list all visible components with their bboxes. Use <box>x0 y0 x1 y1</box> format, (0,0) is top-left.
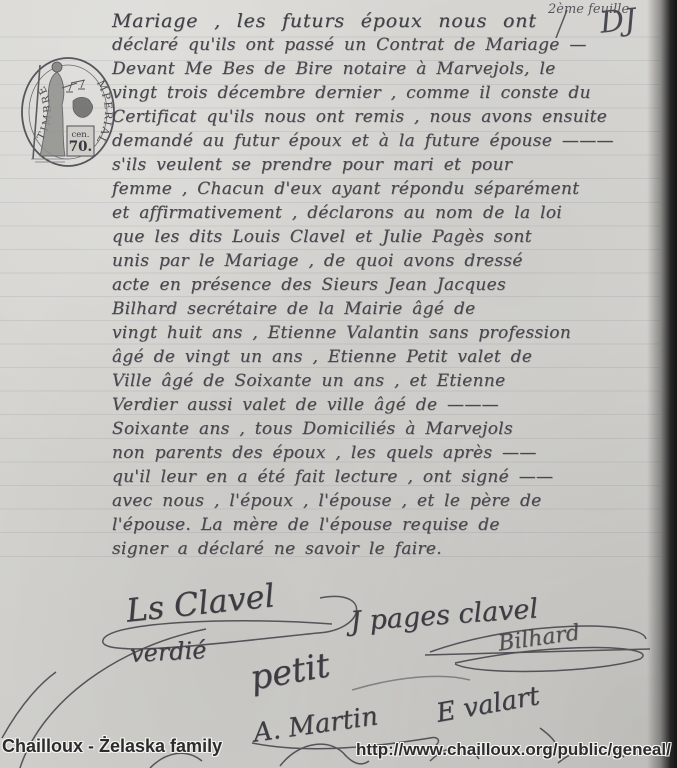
handwritten-line: Ville âgé de Soixante un ans , et Etienn… <box>112 369 672 393</box>
handwritten-line: Verdier aussi valet de ville âgé de ——— <box>112 393 672 417</box>
watermark-family-caption: Chailloux - Żelaska family <box>2 736 222 757</box>
handwritten-line: acte en présence des Sieurs Jean Jacques <box>112 273 672 297</box>
scanned-marriage-record: TIMBRE IMPÉRIAL. cen. 70. Mariage , les … <box>0 0 677 768</box>
page-edge-shadow <box>647 0 677 768</box>
figure-head-icon <box>52 62 62 72</box>
handwritten-line: femme , Chacun d'eux ayant répondu sépar… <box>112 177 672 201</box>
handwritten-line: unis par le Mariage , de quoi avons dres… <box>112 249 672 273</box>
handwritten-line: non parents des époux , les quels après … <box>112 441 672 465</box>
handwritten-line: âgé de vingt un ans , Etienne Petit vale… <box>112 345 672 369</box>
handwritten-line: demandé au futur époux et à la future ép… <box>112 129 672 153</box>
handwritten-line: et affirmativement , déclarons au nom de… <box>112 201 672 225</box>
handwritten-line: déclaré qu'ils ont passé un Contrat de M… <box>112 33 672 57</box>
handwritten-line: vingt trois décembre dernier , comme il … <box>112 81 672 105</box>
handwritten-line: Devant Me Bes de Bire notaire à Marvejol… <box>112 57 672 81</box>
scales-arm <box>62 83 77 88</box>
handwritten-line: s'ils veulent se prendre pour mari et po… <box>112 153 672 177</box>
handwritten-line: signer a déclaré ne savoir le faire. <box>112 537 672 561</box>
cutoff-signature-stroke-5 <box>352 676 470 690</box>
revenue-stamp: TIMBRE IMPÉRIAL. cen. 70. <box>19 55 117 169</box>
manuscript-body: Mariage , les futurs époux nous ont décl… <box>112 9 672 561</box>
signature-valart: E valart <box>434 681 542 729</box>
signature-clavel: Ls Clavel <box>124 576 276 629</box>
signature-verdier: verdié <box>129 636 207 668</box>
staff-icon <box>33 65 40 159</box>
handwritten-line: Soixante ans , tous Domiciliés à Marvejo… <box>112 417 672 441</box>
handwritten-line: Certificat qu'ils nous ont remis , nous … <box>112 105 672 129</box>
bilhard-flourish-3 <box>455 647 643 671</box>
handwritten-line: l'épouse. La mère de l'épouse requise de <box>112 513 672 537</box>
notary-paraph: DJ <box>598 2 638 41</box>
handwritten-line: qu'il leur en a été fait lecture , ont s… <box>112 465 672 489</box>
handwritten-line: avec nous , l'époux , l'épouse , et le p… <box>112 489 672 513</box>
handwritten-line: que les dits Louis Clavel et Julie Pagès… <box>112 225 672 249</box>
watermark-source-url: http://www.chailloux.org/public/geneal/ <box>356 740 671 760</box>
handwritten-line: Bilhard secrétaire de la Mairie âgé de <box>112 297 672 321</box>
denomination-value: 70. <box>69 139 93 155</box>
eagle-icon <box>73 97 93 117</box>
handwritten-line: vingt huit ans , Etienne Valantin sans p… <box>112 321 672 345</box>
stray-stroke-left-2 <box>2 672 56 738</box>
signature-petit: petit <box>247 645 333 698</box>
